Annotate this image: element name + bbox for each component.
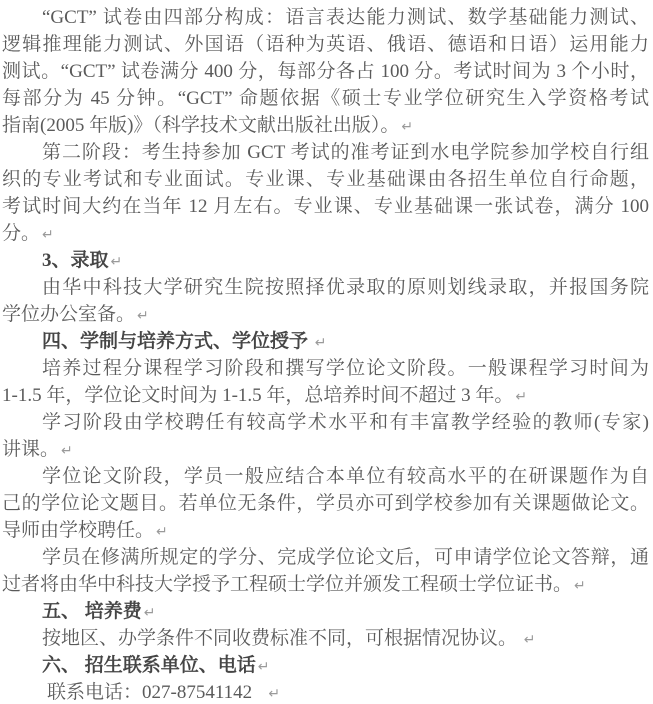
text-run: 第二阶段：考生持参加 GCT 考试的准考证到水电学院参加学校自行组 (42, 142, 649, 163)
text-line: 由华中科技大学研究生院按照择优录取的原则划线录取，并报国务院 (2, 274, 651, 301)
paragraph-mark-icon (649, 38, 651, 54)
text-line: 导师由学校聘任。↵ (2, 517, 651, 544)
paragraph-mark-icon (649, 173, 651, 189)
text-run: 按地区、办学条件不同收费标准不同，可根据情况协议。 (42, 628, 522, 649)
text-line: 测试。“GCT” 试卷满分 400 分，每部分各占 100 分。考试时间为 3 … (2, 58, 651, 85)
section-heading: 五、 培养费↵ (2, 598, 651, 625)
text-run: 指南(2005 年版)》（科学技术文献出版社出版）。 (2, 115, 399, 136)
text-run: 1-1.5 年，学位论文时间为 1-1.5 年，总培养时间不超过 3 年。 (2, 385, 513, 406)
text-line: 己的学位论文题目。若单位无条件，学员亦可到学校参加有关课题做论文。 (2, 490, 651, 517)
paragraph-mark-icon (649, 65, 651, 81)
text-line: 过者将由华中科技大学授予工程硕士学位并颁发工程硕士学位证书。↵ (2, 571, 651, 598)
text-line: 学习阶段由学校聘任有较高学术水平和有丰富教学经验的教师(专家) (2, 409, 651, 436)
text-line: 分。↵ (2, 220, 651, 247)
text-run: 学位办公室备。 (2, 304, 135, 325)
text-line: 每部分为 45 分钟。“GCT” 命题依据《硕士专业学位研究生入学资格考试 (2, 85, 651, 112)
text-line: 按地区、办学条件不同收费标准不同，可根据情况协议。 ↵ (2, 625, 651, 652)
paragraph-mark-icon (649, 362, 651, 378)
text-line: 织的专业考试和专业面试。专业课、专业基础课由各招生单位自行命题， (2, 166, 651, 193)
section-heading: 六、 招生联系单位、电话↵ (2, 652, 651, 679)
section-heading: 3、录取↵ (2, 247, 651, 274)
paragraph-mark-icon (649, 92, 651, 108)
paragraph-mark-icon (649, 200, 651, 216)
paragraph-mark-icon (649, 551, 651, 567)
paragraph-mark-icon: ↵ (40, 227, 54, 243)
text-line: 联系电话：027-87541142 ↵ (2, 679, 651, 704)
text-run: 导师由学校聘任。 (2, 520, 154, 541)
paragraph-mark-icon: ↵ (266, 686, 280, 702)
paragraph-mark-icon: ↵ (135, 308, 149, 324)
text-line: 考试时间大约在当年 12 月左右。专业课、专业基础课一张试卷，满分 100 (2, 193, 651, 220)
text-run: “GCT” 试卷由四部分构成：语言表达能力测试、数学基础能力测试、 (42, 7, 649, 28)
text-run: 测试。“GCT” 试卷满分 400 分，每部分各占 100 分。考试时间为 3 … (2, 61, 649, 82)
heading-text: 五、 培养费 (42, 601, 142, 622)
text-line: 指南(2005 年版)》（科学技术文献出版社出版）。↵ (2, 112, 651, 139)
paragraph-mark-icon (649, 497, 651, 513)
paragraph-mark-icon: ↵ (142, 605, 156, 621)
paragraph-mark-icon (649, 416, 651, 432)
text-run: 学位论文阶段，学员一般应结合本单位有较高水平的在研课题作为自 (42, 466, 649, 487)
text-line: 学位论文阶段，学员一般应结合本单位有较高水平的在研课题作为自 (2, 463, 651, 490)
paragraph-mark-icon: ↵ (59, 443, 73, 459)
text-line: 逻辑推理能力测试、外国语（语种为英语、俄语、德语和日语）运用能力 (2, 31, 651, 58)
text-line: 学员在修满所规定的学分、完成学位论文后，可申请学位论文答辩，通 (2, 544, 651, 571)
text-run: 分。 (2, 223, 40, 244)
text-run: 联系电话：027-87541142 (47, 682, 266, 703)
text-run: 过者将由华中科技大学授予工程硕士学位并颁发工程硕士学位证书。 (2, 574, 572, 595)
text-run: 学习阶段由学校聘任有较高学术水平和有丰富教学经验的教师(专家) (42, 412, 649, 433)
text-line: 讲课。↵ (2, 436, 651, 463)
text-run: 逻辑推理能力测试、外国语（语种为英语、俄语、德语和日语）运用能力 (2, 34, 649, 55)
section-heading: 四、学制与培养方式、学位授予 ↵ (2, 328, 651, 355)
paragraph-mark-icon: ↵ (313, 335, 327, 351)
heading-text: 3、录取 (42, 250, 109, 271)
text-line: 1-1.5 年，学位论文时间为 1-1.5 年，总培养时间不超过 3 年。↵ (2, 382, 651, 409)
text-run: 考试时间大约在当年 12 月左右。专业课、专业基础课一张试卷，满分 100 (2, 196, 649, 217)
text-line: 第二阶段：考生持参加 GCT 考试的准考证到水电学院参加学校自行组 (2, 139, 651, 166)
heading-text: 四、学制与培养方式、学位授予 (42, 331, 313, 352)
paragraph-mark-icon: ↵ (109, 254, 123, 270)
paragraph-mark-icon (649, 146, 651, 162)
text-run: 由华中科技大学研究生院按照择优录取的原则划线录取，并报国务院 (42, 277, 649, 298)
paragraph-mark-icon: ↵ (572, 578, 586, 594)
paragraph-mark-icon: ↵ (399, 119, 413, 135)
paragraph-mark-icon (649, 281, 651, 297)
text-run: 己的学位论文题目。若单位无条件，学员亦可到学校参加有关课题做论文。 (2, 493, 649, 514)
text-run: 织的专业考试和专业面试。专业课、专业基础课由各招生单位自行命题， (2, 169, 649, 190)
text-run: 每部分为 45 分钟。“GCT” 命题依据《硕士专业学位研究生入学资格考试 (2, 88, 649, 109)
paragraph-mark-icon: ↵ (522, 632, 536, 648)
text-run: 培养过程分课程学习阶段和撰写学位论文阶段。一般课程学习时间为 (42, 358, 649, 379)
text-line: 培养过程分课程学习阶段和撰写学位论文阶段。一般课程学习时间为 (2, 355, 651, 382)
heading-text: 六、 招生联系单位、电话 (42, 655, 256, 676)
text-line: “GCT” 试卷由四部分构成：语言表达能力测试、数学基础能力测试、 (2, 4, 651, 31)
paragraph-mark-icon: ↵ (256, 659, 270, 675)
text-line: 学位办公室备。↵ (2, 301, 651, 328)
paragraph-mark-icon (649, 11, 651, 27)
document-page: “GCT” 试卷由四部分构成：语言表达能力测试、数学基础能力测试、 逻辑推理能力… (0, 0, 653, 704)
text-run: 学员在修满所规定的学分、完成学位论文后，可申请学位论文答辩，通 (42, 547, 649, 568)
paragraph-mark-icon (649, 470, 651, 486)
paragraph-mark-icon: ↵ (154, 524, 168, 540)
text-run: 讲课。 (2, 439, 59, 460)
paragraph-mark-icon: ↵ (513, 389, 527, 405)
